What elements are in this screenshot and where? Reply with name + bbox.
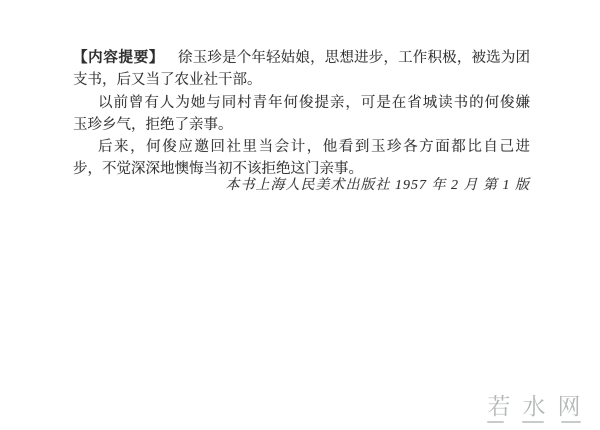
summary-line: 以前曾有人为她与同村青年何俊提亲，可是在省城读书的何俊嫌: [73, 92, 530, 114]
summary-line: 后来，何俊应邀回社里当会计，他看到玉珍各方面都比自己进: [73, 136, 530, 158]
watermark-subtext-mark: [487, 421, 504, 424]
summary-heading: 【内容提要】: [73, 50, 164, 66]
watermark-subtext-mark: [561, 421, 581, 424]
watermark-subtext-mark: [522, 421, 544, 424]
summary-line: 支书，后又当了农业社干部。: [73, 69, 530, 91]
summary-line: 玉珍乡气，拒绝了亲事。: [73, 114, 530, 136]
watermark-subtext-marks: [484, 421, 584, 424]
summary-block: 【内容提要】徐玉珍是个年轻姑娘，思想进步，工作积极，被选为团 支书，后又当了农业…: [73, 47, 530, 195]
scanned-page: 【内容提要】徐玉珍是个年轻姑娘，思想进步，工作积极，被选为团 支书，后又当了农业…: [0, 0, 600, 430]
watermark: 若水网: [484, 394, 584, 424]
summary-line: 【内容提要】徐玉珍是个年轻姑娘，思想进步，工作积极，被选为团: [73, 47, 530, 69]
watermark-text: 若水网: [484, 394, 596, 418]
summary-line-text: 徐玉珍是个年轻姑娘，思想进步，工作积极，被选为团: [178, 50, 530, 66]
